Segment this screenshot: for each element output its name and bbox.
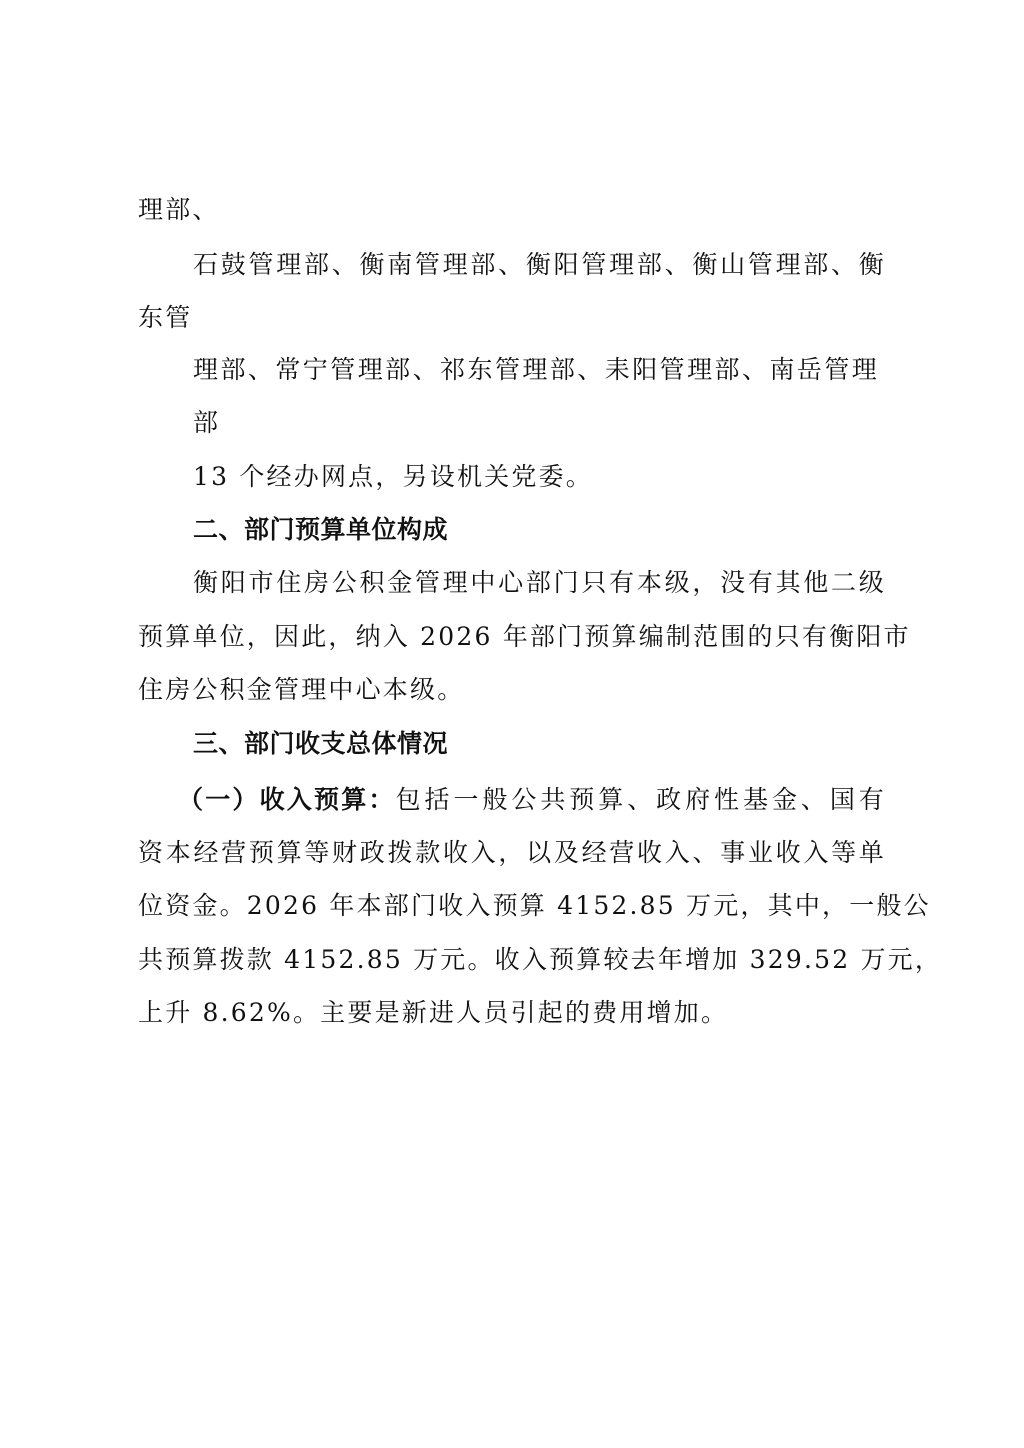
- text-line: 上升 8.62%。主要是新进人员引起的费用增加。: [138, 998, 728, 1028]
- text-line: 住房公积金管理中心本级。: [138, 675, 464, 705]
- text-line: 理部、: [138, 195, 220, 225]
- section-heading: 二、部门预算单位构成: [193, 515, 448, 545]
- text-line: 预算单位，因此，纳入 2026 年部门预算编制范围的只有衡阳市: [138, 622, 886, 652]
- text-line: 衡阳市住房公积金管理中心部门只有本级，没有其他二级: [193, 568, 886, 598]
- subsection-line: （一）收入预算： 包括一般公共预算、政府性基金、国有: [178, 785, 886, 815]
- text-line: 资本经营预算等财政拨款收入，以及经营收入、事业收入等单: [138, 838, 886, 868]
- text-line: 理部、常宁管理部、祁东管理部、耒阳管理部、南岳管理: [193, 355, 879, 385]
- text-line: 石鼓管理部、衡南管理部、衡阳管理部、衡山管理部、衡: [193, 250, 886, 280]
- text-line: 位资金。2026 年本部门收入预算 4152.85 万元，其中，一般公: [138, 891, 886, 921]
- section-heading: 三、部门收支总体情况: [193, 729, 448, 759]
- text-line: 东管: [138, 303, 192, 333]
- subsection-label: （一）收入预算：: [178, 785, 396, 815]
- text-line: 共预算拨款 4152.85 万元。收入预算较去年增加 329.52 万元，: [138, 945, 886, 975]
- text-line: 13 个经办网点，另设机关党委。: [193, 462, 593, 492]
- text-line: 包括一般公共预算、政府性基金、国有: [396, 785, 886, 815]
- text-line: 部: [193, 408, 220, 438]
